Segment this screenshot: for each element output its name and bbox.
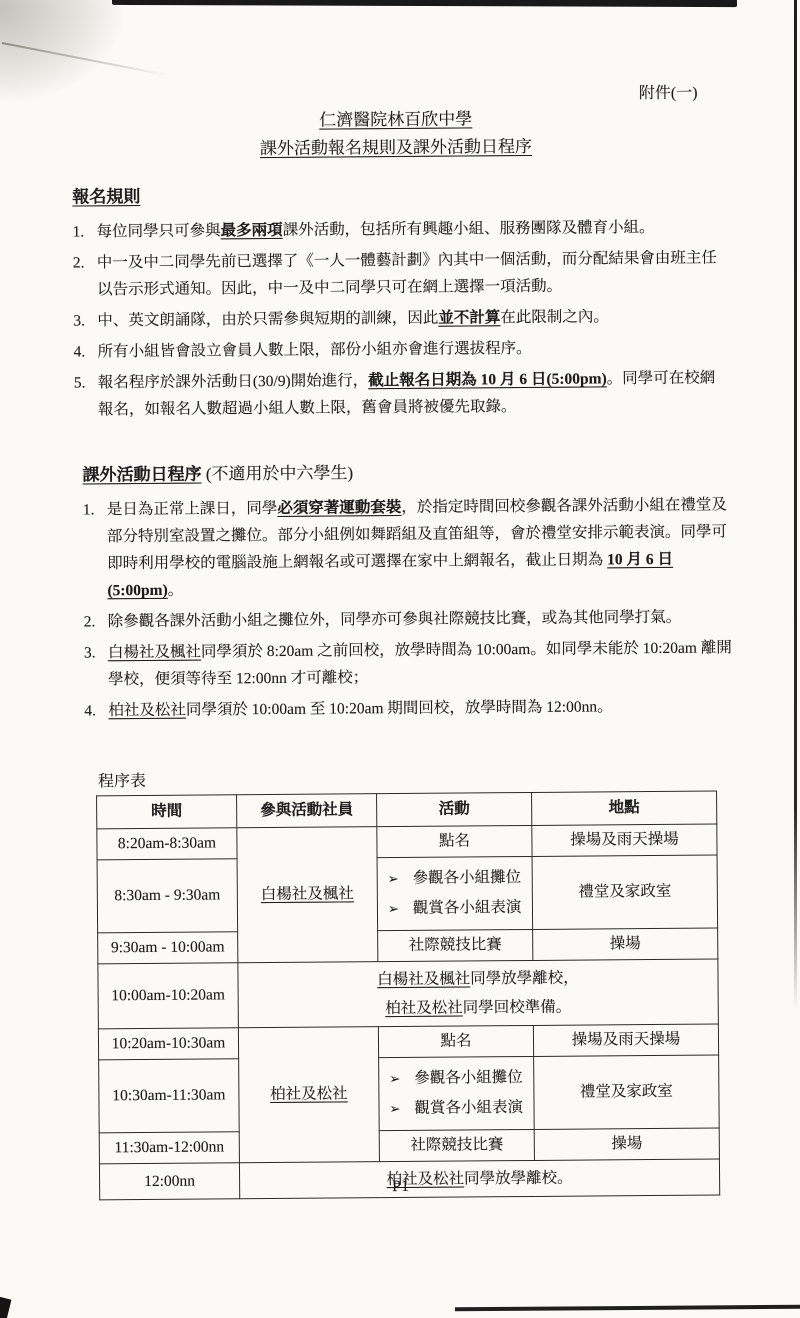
schedule-heading-note: (不適用於中六學生) <box>201 463 353 483</box>
text-segment: 報名程序於課外活動日(30/9)開始進行， <box>98 372 369 391</box>
item-number: 2. <box>84 608 108 635</box>
schedule-heading: 課外活動日程序 (不適用於中六學生) <box>82 458 734 487</box>
text-segment: 是日為正常上課日，同學 <box>107 500 278 518</box>
time-cell: 8:20am-8:30am <box>97 828 237 860</box>
item-text: 所有小組皆會設立會員人數上限，部份小組亦會進行選拔程序。 <box>97 333 727 365</box>
rule-item-1: 1. 每位同學只可參與最多兩項課外活動，包括所有興趣小組、服務團隊及體育小組。 <box>73 213 727 245</box>
activity-bullet-line: ➢參觀各小組攤位 <box>380 863 530 894</box>
members-cell: 柏社及松社 <box>238 1027 379 1163</box>
time-cell: 12:00nn <box>99 1163 239 1200</box>
location-cell: 操場及雨天操場 <box>532 824 717 856</box>
arrow-bullet-icon: ➢ <box>389 1064 400 1094</box>
break-line: 柏社及松社同學回校準備。 <box>241 992 716 1025</box>
item-number: 3. <box>84 639 108 693</box>
rule-item-4: 4. 所有小組皆會設立會員人數上限，部份小組亦會進行選拔程序。 <box>73 333 727 365</box>
arrow-bullet-icon: ➢ <box>388 894 399 924</box>
activity-cell: 社際競技比賽 <box>378 929 533 961</box>
scanned-document-page: 附件(一) 仁濟醫院林百欣中學 課外活動報名規則及課外活動日程序 報名規則 1.… <box>0 0 800 1318</box>
item-number: 4. <box>84 697 108 724</box>
table-row: 10:30am-11:30am ➢參觀各小組攤位 ➢觀賞各小組表演 禮堂及家政室 <box>99 1055 720 1133</box>
table-break-row: 12:00nn 柏社及松社同學放學離校。 <box>99 1159 719 1200</box>
item-text: 報名程序於課外活動日(30/9)開始進行，截止報名日期為 10 月 6 日(5:… <box>98 364 728 423</box>
location-cell: 操場 <box>533 928 718 960</box>
text-segment: 同學放學離校， <box>470 970 579 988</box>
location-cell: 禮堂及家政室 <box>534 1055 720 1129</box>
item-number: 2. <box>73 249 97 303</box>
item-text: 中、英文朗誦隊，由於只需參與短期的訓練，因此並不計算在此限制之內。 <box>97 302 727 334</box>
rules-section: 報名規則 1. 每位同學只可參與最多兩項課外活動，包括所有興趣小組、服務團隊及體… <box>72 180 728 423</box>
document-content: 附件(一) 仁濟醫院林百欣中學 課外活動報名規則及課外活動日程序 報名規則 1.… <box>0 0 800 1201</box>
activity-text: 觀賞各小組表演 <box>414 1093 523 1124</box>
table-row: 10:20am-10:30am 柏社及松社 點名 操場及雨天操場 <box>98 1024 718 1060</box>
page-number: P1 <box>392 1178 409 1196</box>
text-segment: 課外活動，包括所有興趣小組、服務團隊及體育小組。 <box>283 219 655 239</box>
text-segment: 在此限制之內。 <box>500 308 609 326</box>
schedule-heading-text: 課外活動日程序 <box>82 465 201 485</box>
activity-bullet-line: ➢觀賞各小組表演 <box>380 893 530 924</box>
text-segment: 。 <box>168 582 184 599</box>
item-text: 白楊社及楓社同學須於 8:20am 之前回校，放學時間為 10:00am。如同學… <box>108 634 736 693</box>
activity-cell: ➢參觀各小組攤位 ➢觀賞各小組表演 <box>377 856 533 930</box>
text-segment: 同學放學離校。 <box>464 1170 573 1188</box>
time-cell: 10:00am-10:20am <box>98 963 239 1029</box>
house-name: 柏社及松社 <box>385 1000 463 1018</box>
members-cell: 白楊社及楓社 <box>237 827 378 963</box>
activity-text: 參觀各小組攤位 <box>413 863 522 894</box>
activity-cell: ➢參觀各小組攤位 ➢觀賞各小組表演 <box>379 1056 535 1130</box>
item-number: 1. <box>73 218 97 245</box>
text-segment: 同學須於 8:20am 之前回校，放學時間為 10:00am。如同學未能於 10… <box>108 639 732 688</box>
schedule-list: 1. 是日為正常上課日，同學必須穿著運動套裝，於指定時間回校參觀各課外活動小組在… <box>83 491 737 724</box>
emphasized-text: 最多兩項 <box>221 222 283 239</box>
table-break-row: 10:00am-10:20am 白楊社及楓社同學放學離校， 柏社及松社同學回校準… <box>98 959 718 1029</box>
schedule-table-caption: 程序表 <box>98 763 800 792</box>
text-segment: 每位同學只可參與 <box>97 222 221 240</box>
emphasized-text: 截止報名日期為 10 月 6 日(5:00pm) <box>368 370 607 389</box>
item-text: 是日為正常上課日，同學必須穿著運動套裝，於指定時間回校參觀各課外活動小組在禮堂及… <box>107 491 736 604</box>
table-header-row: 時間 參與活動社員 活動 地點 <box>97 791 717 829</box>
rules-heading: 報名規則 <box>72 180 726 209</box>
location-cell: 操場 <box>534 1128 719 1160</box>
rule-item-3: 3. 中、英文朗誦隊，由於只需參與短期的訓練，因此並不計算在此限制之內。 <box>73 302 727 334</box>
item-number: 1. <box>83 496 108 604</box>
activity-cell: 點名 <box>377 825 532 857</box>
text-segment: 同學回校準備。 <box>463 999 572 1017</box>
time-cell: 11:30am-12:00nn <box>99 1132 239 1164</box>
activity-text: 參觀各小組攤位 <box>414 1063 523 1094</box>
rules-heading-text: 報名規則 <box>72 187 140 207</box>
item-number: 3. <box>73 307 97 334</box>
schedule-table: 時間 參與活動社員 活動 地點 8:20am-8:30am 白楊社及楓社 點名 … <box>96 791 720 1201</box>
item-number: 5. <box>74 369 98 423</box>
activity-bullet-line: ➢參觀各小組攤位 <box>381 1063 531 1094</box>
house-name: 白楊社及楓社 <box>377 970 470 988</box>
document-title: 課外活動報名規則及課外活動日程序 <box>0 131 796 165</box>
text-segment: 同學須於 10:00am 至 10:20am 期間回校，放學時間為 12:00n… <box>186 698 613 718</box>
house-name: 白楊社及楓社 <box>108 644 201 662</box>
schedule-item-4: 4. 柏社及松社同學須於 10:00am 至 10:20am 期間回校，放學時間… <box>84 692 736 724</box>
arrow-bullet-icon: ➢ <box>388 864 399 894</box>
rule-item-2: 2. 中一及中二同學先前已選擇了《一人一體藝計劃》內其中一個活動，而分配結果會由… <box>73 244 727 303</box>
emphasized-text: 必須穿著運動套裝 <box>277 499 401 517</box>
schedule-item-3: 3. 白楊社及楓社同學須於 8:20am 之前回校，放學時間為 10:00am。… <box>84 634 736 693</box>
break-line: 柏社及松社同學放學離校。 <box>242 1163 717 1196</box>
break-cell: 白楊社及楓社同學放學離校， 柏社及松社同學回校準備。 <box>238 959 718 1028</box>
activity-text: 觀賞各小組表演 <box>413 893 522 924</box>
break-line: 白楊社及楓社同學放學離校， <box>240 963 715 996</box>
activity-bullet-line: ➢觀賞各小組表演 <box>381 1093 531 1124</box>
schedule-item-2: 2. 除參觀各課外活動小組之攤位外，同學亦可參與社際競技比賽，或為其他同學打氣。 <box>84 603 736 635</box>
emphasized-text: 並不計算 <box>438 309 500 326</box>
arrow-bullet-icon: ➢ <box>389 1094 400 1124</box>
location-cell: 操場及雨天操場 <box>533 1024 718 1056</box>
table-row: 11:30am-12:00nn 社際競技比賽 操場 <box>99 1128 719 1164</box>
time-cell: 10:30am-11:30am <box>99 1059 240 1133</box>
time-cell: 8:30am - 9:30am <box>97 859 238 933</box>
location-cell: 禮堂及家政室 <box>532 855 718 929</box>
item-text: 柏社及松社同學須於 10:00am 至 10:20am 期間回校，放學時間為 1… <box>108 692 736 724</box>
header-cell-members: 參與活動社員 <box>237 794 377 828</box>
header-cell-activity: 活動 <box>377 792 532 826</box>
header-cell-time: 時間 <box>97 795 237 829</box>
item-text: 除參觀各課外活動小組之攤位外，同學亦可參與社際競技比賽，或為其他同學打氣。 <box>108 603 736 635</box>
attachment-label: 附件(一) <box>639 80 698 103</box>
schedule-item-1: 1. 是日為正常上課日，同學必須穿著運動套裝，於指定時間回校參觀各課外活動小組在… <box>83 491 736 604</box>
rule-item-5: 5. 報名程序於課外活動日(30/9)開始進行，截止報名日期為 10 月 6 日… <box>74 364 728 423</box>
table-row: 8:30am - 9:30am ➢參觀各小組攤位 ➢觀賞各小組表演 禮堂及家政室 <box>97 855 718 933</box>
rules-list: 1. 每位同學只可參與最多兩項課外活動，包括所有興趣小組、服務團隊及體育小組。 … <box>73 213 729 423</box>
scan-corner-mark-artifact <box>0 1297 11 1318</box>
item-text: 每位同學只可參與最多兩項課外活動，包括所有興趣小組、服務團隊及體育小組。 <box>97 213 727 245</box>
break-cell: 柏社及松社同學放學離校。 <box>239 1159 719 1199</box>
time-cell: 10:20am-10:30am <box>98 1028 238 1060</box>
item-text: 中一及中二同學先前已選擇了《一人一體藝計劃》內其中一個活動，而分配結果會由班主任… <box>97 244 727 303</box>
header-cell-location: 地點 <box>532 791 717 825</box>
table-row: 9:30am - 10:00am 社際競技比賽 操場 <box>98 928 718 964</box>
scan-bottom-edge-artifact <box>455 1305 800 1311</box>
item-number: 4. <box>73 338 97 365</box>
activity-cell: 點名 <box>378 1025 533 1057</box>
schedule-section: 課外活動日程序 (不適用於中六學生) 1. 是日為正常上課日，同學必須穿著運動套… <box>82 458 736 724</box>
activity-cell: 社際競技比賽 <box>379 1129 534 1161</box>
house-name: 柏社及松社 <box>108 702 186 720</box>
time-cell: 9:30am - 10:00am <box>98 932 238 964</box>
table-row: 8:20am-8:30am 白楊社及楓社 點名 操場及雨天操場 <box>97 824 717 860</box>
text-segment: 中、英文朗誦隊，由於只需參與短期的訓練，因此 <box>97 310 438 330</box>
